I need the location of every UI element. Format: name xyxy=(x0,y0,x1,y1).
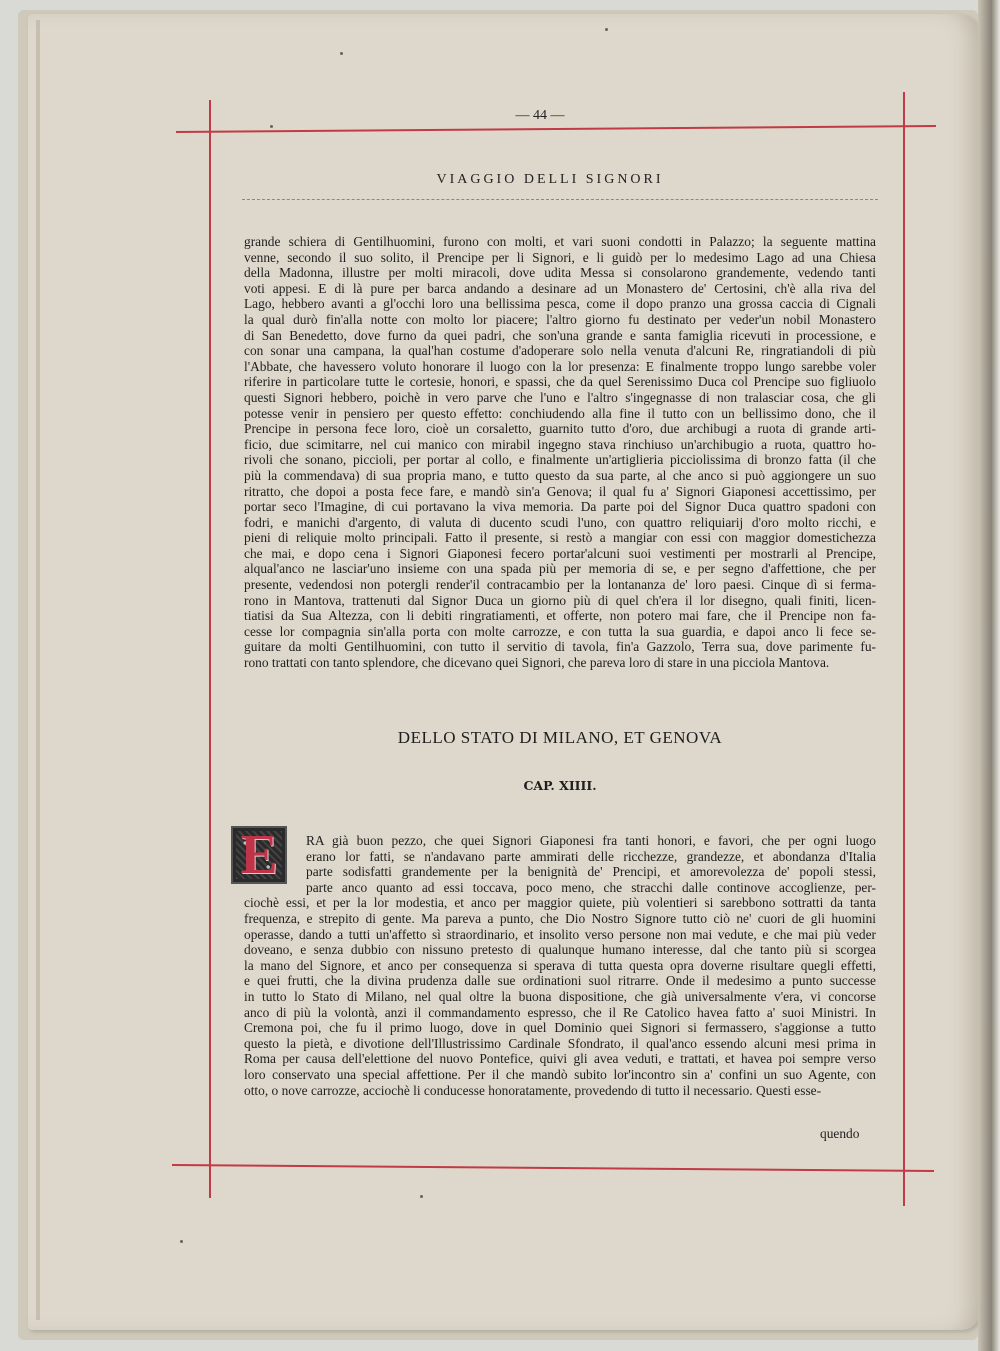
running-head: VIAGGIO DELLI SIGNORI xyxy=(360,172,740,188)
text-line: più la commendava) di sua propria mano, … xyxy=(244,468,876,484)
running-head-rule xyxy=(242,199,878,200)
text-line: frequenza, e strepito di gente. Ma parev… xyxy=(244,911,876,927)
text-line: la mano del Signore, et anco per consequ… xyxy=(244,958,876,974)
paper-speck xyxy=(340,52,343,55)
text-line: ritratto, che dopoi a posta fece fare, e… xyxy=(244,484,876,500)
paper-speck xyxy=(605,28,608,31)
text-line: pieni di reliquie molto principali. Fatt… xyxy=(244,530,876,546)
page-number: — 44 — xyxy=(500,108,580,124)
text-line: rono in Mantova, trattenuti dal Signor D… xyxy=(244,593,876,609)
text-line: questi Signori hebbero, poichè in vero p… xyxy=(244,390,876,406)
text-line: anco di più la volontà, anzi il commanda… xyxy=(244,1005,876,1021)
section-title: DELLO STATO DI MILANO, ET GENOVA xyxy=(244,728,876,748)
chapter-number: CAP. XIIII. xyxy=(244,778,876,793)
text-line: ficio, due scimitarre, nel cui manico co… xyxy=(244,437,876,453)
text-line: RA già buon pezzo, che quei Signori Giap… xyxy=(244,833,876,849)
text-line: cesse lor compagnia sin'alla porta con m… xyxy=(244,624,876,640)
catchword: quendo xyxy=(820,1126,859,1142)
text-line: operasse, dando a tutti un'affetto sì st… xyxy=(244,927,876,943)
text-line: otto, o nove carrozze, acciochè li condu… xyxy=(244,1083,876,1099)
text-line: guitare da molti Gentilhuomini, con tutt… xyxy=(244,639,876,655)
text-line: doveano, e senza dubbio con nissuno pret… xyxy=(244,942,876,958)
text-line: rono trattati con tanto splendore, che d… xyxy=(244,655,876,671)
text-line: fodri, e manichi d'argento, di valuta di… xyxy=(244,515,876,531)
text-line: l'Abbate, che havessero voluto honorare … xyxy=(244,359,876,375)
text-line: Lago, hebbero avanti a gl'occhi loro una… xyxy=(244,296,876,312)
text-line: voti appesi. E di là pure per barca anda… xyxy=(244,281,876,297)
body-paragraph: grande schiera di Gentilhuomini, furono … xyxy=(244,234,876,671)
chapter-paragraph: RA già buon pezzo, che quei Signori Giap… xyxy=(244,833,876,1098)
text-line: rivoli che sonano, piccioli, per portar … xyxy=(244,452,876,468)
text-line: presente, vedendosi non potergli render'… xyxy=(244,577,876,593)
text-line: loro conservato una special affettione. … xyxy=(244,1067,876,1083)
text-line: ciochè essi, et per la lor modestia, et … xyxy=(244,895,876,911)
right-red-rule xyxy=(903,92,905,1206)
left-red-rule xyxy=(209,100,211,1198)
text-line: parte sodisfatti grandemente per la beni… xyxy=(244,864,876,880)
text-line: in tutto lo Stato di Milano, nel qual ol… xyxy=(244,989,876,1005)
text-line: di San Benedetto, dove furno da quei pad… xyxy=(244,328,876,344)
text-line: la qual durò fin'alla notte con molto lo… xyxy=(244,312,876,328)
text-line: potesse venir in pensiero per questo eff… xyxy=(244,406,876,422)
text-line: portar seco l'Imagine, di cui portavano … xyxy=(244,499,876,515)
text-line: e quei frutti, che la divina prudenza da… xyxy=(244,973,876,989)
text-line: alqual'anco ne lasciar'uno insieme con u… xyxy=(244,561,876,577)
text-line: questo la pietà, e divotione dell'Illust… xyxy=(244,1036,876,1052)
paper-speck xyxy=(180,1240,183,1243)
paper-speck xyxy=(420,1195,423,1198)
text-line: Cremona poi, che fu il primo luogo, dove… xyxy=(244,1020,876,1036)
text-line: della Madonna, illustre per molti miraco… xyxy=(244,265,876,281)
page-edge xyxy=(36,20,40,1320)
text-line: grande schiera di Gentilhuomini, furono … xyxy=(244,234,876,250)
text-line: tiatisi da Sua Altezza, con li debiti ri… xyxy=(244,608,876,624)
text-line: erano lor fatti, se n'andavano parte amm… xyxy=(244,849,876,865)
paper-speck xyxy=(270,125,273,128)
text-line: venne, secondo il suo solito, il Prencip… xyxy=(244,250,876,266)
facing-page-edge xyxy=(978,0,1000,1351)
text-line: riferire in particolare tutte le cortesi… xyxy=(244,374,876,390)
text-line: con sonar una campana, la qual'han costu… xyxy=(244,343,876,359)
text-line: che mai, e dopo cena i Signori Giaponesi… xyxy=(244,546,876,562)
text-line: parte anco quanto ad essi toccava, poco … xyxy=(244,880,876,896)
text-line: Roma per causa dell'elettione del nuovo … xyxy=(244,1051,876,1067)
text-line: Prencipe in persona fece loro, cioè un c… xyxy=(244,421,876,437)
